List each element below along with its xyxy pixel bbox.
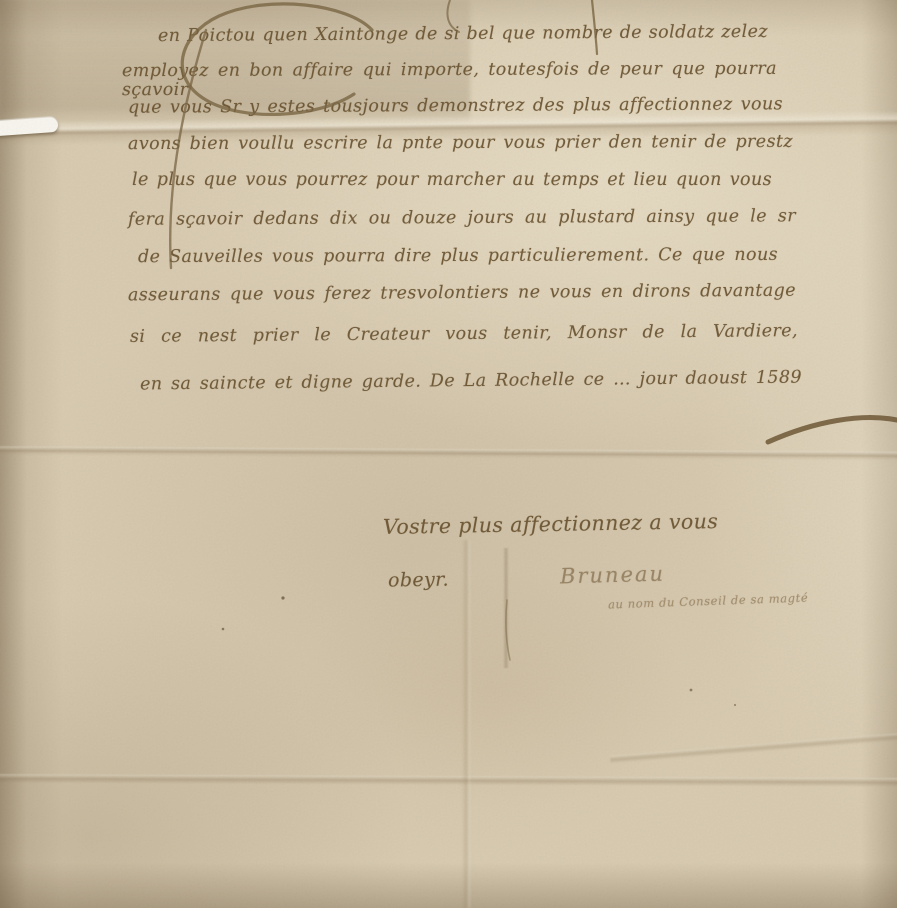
manuscript-line-7: de Sauveilles vous pourra dire plus part…: [138, 246, 778, 267]
manuscript-line-4: avons bien voullu escrire la pnte pour v…: [128, 133, 793, 155]
manuscript-line-6: fera sçavoir dedans dix ou douze jours a…: [128, 207, 796, 230]
manuscript-line-5: le plus que vous pourrez pour marcher au…: [132, 171, 772, 190]
manuscript-line-3: que vous Sr y estes tousjours demonstrez…: [128, 95, 783, 118]
closing-obeyr: obeyr.: [388, 568, 449, 591]
signature: Bruneau: [560, 562, 666, 589]
manuscript-photo: en Poictou quen Xaintonge de si bel que …: [0, 0, 897, 908]
